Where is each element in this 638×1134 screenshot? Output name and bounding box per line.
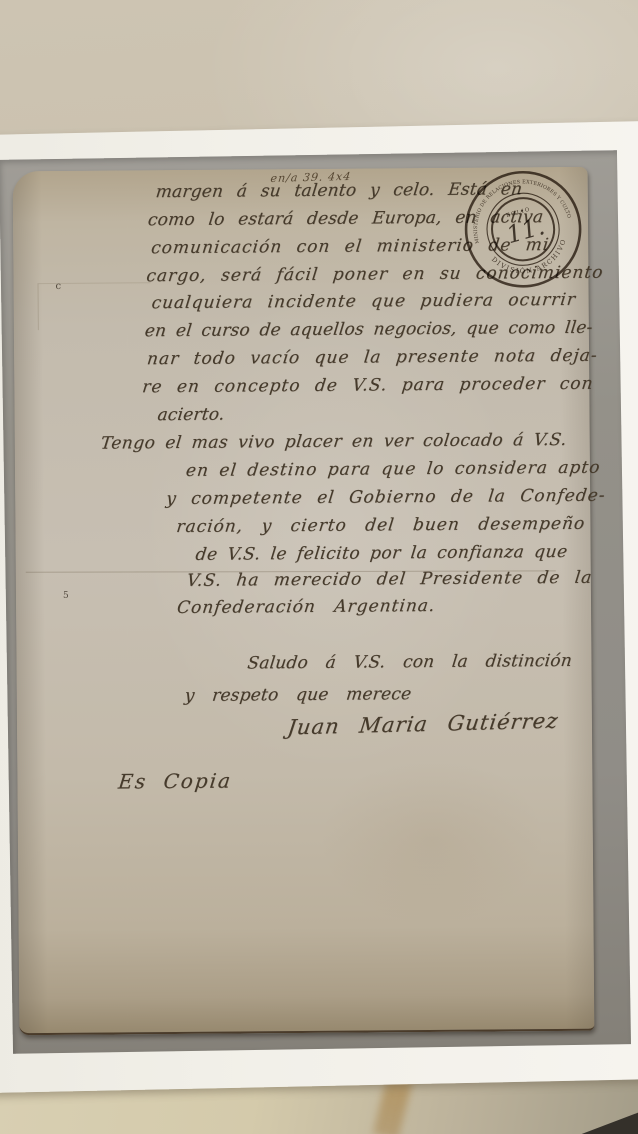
document-page: en/a 39. 4x4 margen á su talento y celo.… (13, 167, 595, 1035)
handwriting-line: en el destino para que lo considera apto (185, 458, 602, 481)
handwriting-line: y competente el Gobierno de la Confede- (165, 486, 607, 509)
handwriting-line: y respeto que merece (184, 684, 413, 706)
handwriting-line: Confederación Argentina. (176, 596, 437, 618)
signature: Juan Maria Gutiérrez (286, 709, 560, 740)
handwriting-line: re en concepto de V.S. para proceder con (141, 374, 595, 398)
handwriting-line: ración, y cierto del buen desempeño (175, 514, 586, 537)
handwriting-line: Saludo á V.S. con la distinción (246, 651, 573, 674)
copy-note: Es Copia (117, 769, 233, 794)
handwriting-line: de V.S. le felicito por la confianza que (194, 542, 568, 565)
handwriting-line: en el curso de aquellos negocios, que co… (144, 318, 594, 342)
paper-crease-corner (37, 282, 150, 330)
handwriting-line: nar todo vacío que la presente nota deja… (146, 346, 599, 370)
photo-of-archival-letter: en/a 39. 4x4 margen á su talento y celo.… (0, 0, 638, 1134)
pencil-mark-c: c (55, 281, 61, 292)
pencil-mark-5: 5 (63, 591, 69, 601)
handwriting-line: Tengo el mas vivo placer en ver colocado… (100, 430, 568, 454)
handwriting-line: acierto. (156, 405, 225, 426)
